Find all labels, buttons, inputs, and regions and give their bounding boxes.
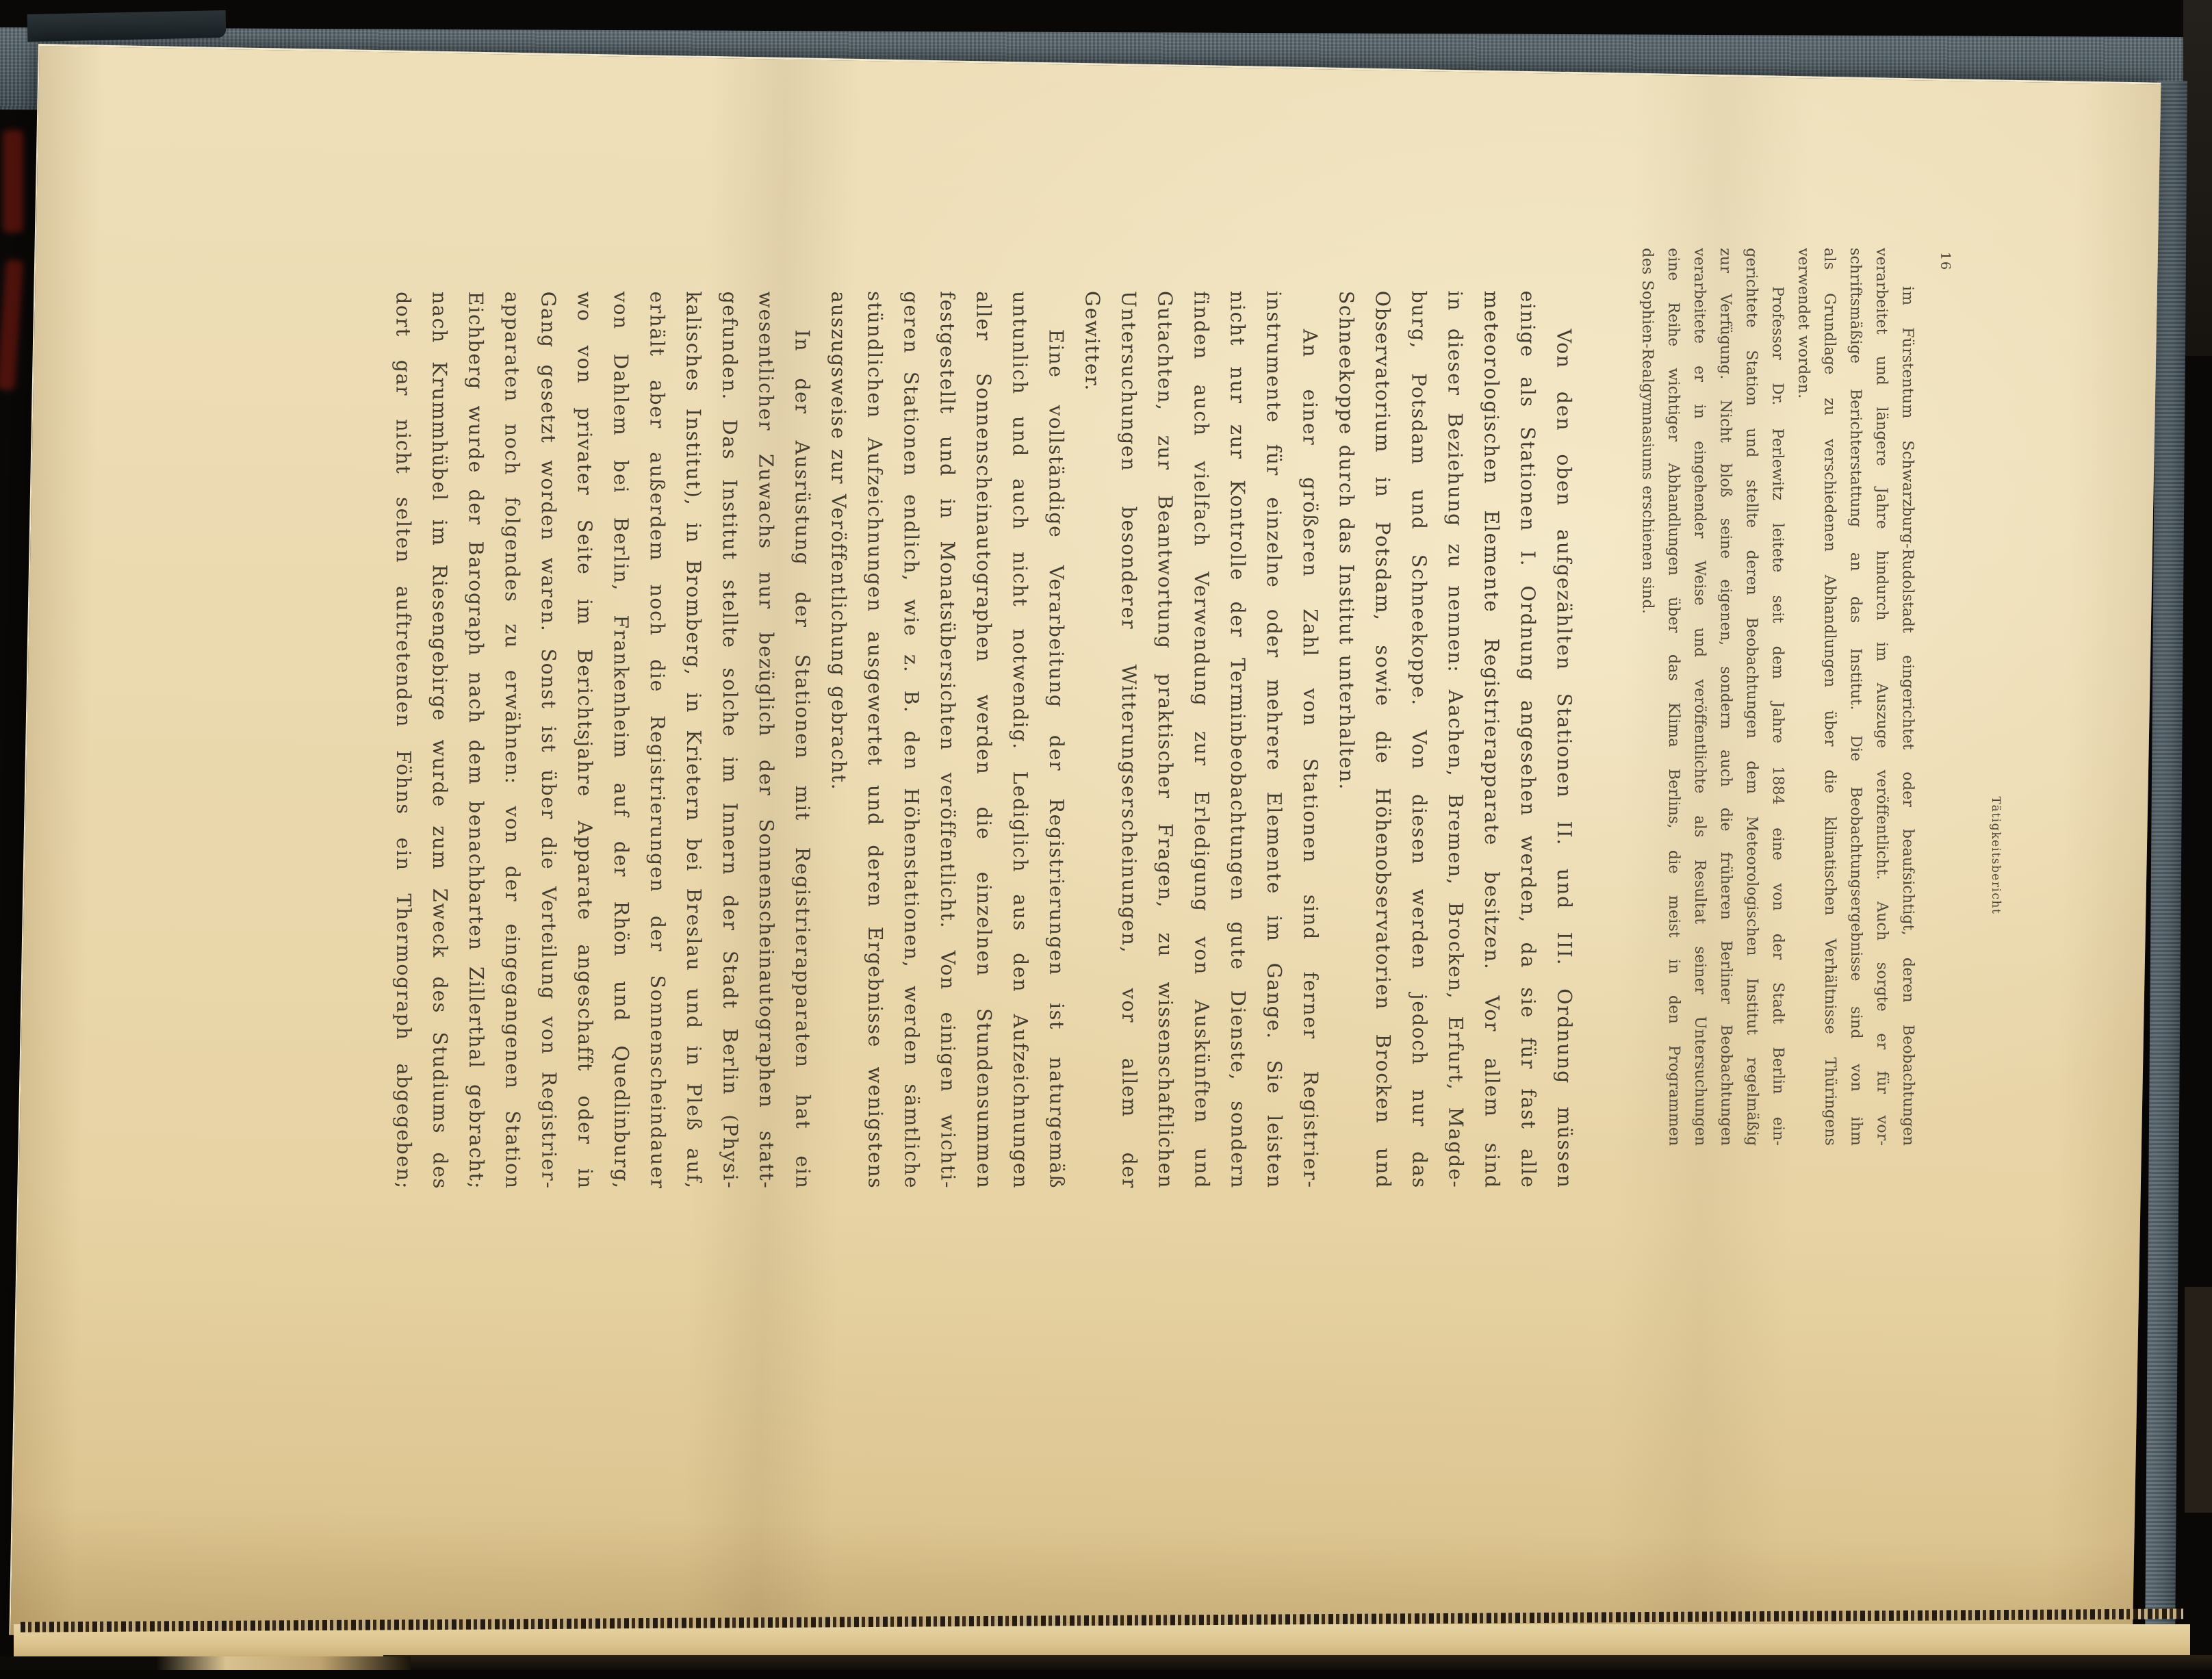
main-text-block: Von den oben aufgezählten Stationen II. … — [385, 290, 1582, 1190]
text-line: wo von privater Seite im Berichtsjahre A… — [566, 292, 603, 1190]
text-line: verarbeitet und längere Jahre hindurch i… — [1868, 248, 1894, 1146]
cover-shadow-right — [2183, 0, 2212, 356]
text-line: apparaten noch folgendes zu erwähnen: vo… — [493, 292, 530, 1190]
text-line: nach Krummhübel im Riesengebirge wurde z… — [421, 292, 458, 1190]
rotated-text-block: Tätigkeitsbericht 16 im Fürstentum Schwa… — [37, 96, 2157, 1624]
text-line: nicht nur zur Kontrolle der Terminbeobac… — [1219, 291, 1256, 1189]
book-page: Tätigkeitsbericht 16 im Fürstentum Schwa… — [9, 44, 2161, 1674]
text-line: zur Verfügung. Nicht bloß seine eigenen,… — [1712, 248, 1738, 1146]
text-line: meteorologischen Elemente Registrierappa… — [1473, 291, 1510, 1189]
text-line: burg, Potsdam und Schneekoppe. Von diese… — [1400, 291, 1437, 1189]
text-line: Gutachten, zur Beantwortung praktischer … — [1146, 291, 1183, 1189]
text-line: Eichberg wurde der Barograph nach dem be… — [457, 292, 494, 1190]
text-line: gerichtete Station und stellte deren Beo… — [1738, 248, 1764, 1146]
page-number: 16 — [1938, 252, 1953, 271]
cover-speckle-right — [2185, 1287, 2212, 1513]
text-line: im Fürstentum Schwarzburg-Rudolstadt ein… — [1894, 248, 1920, 1146]
background-bottom — [0, 1670, 2212, 1679]
text-line: Eine vollständige Verarbeitung der Regis… — [1038, 291, 1075, 1189]
leather-corner — [27, 10, 227, 42]
text-line: eine Reihe wichtiger Abhandlungen über d… — [1660, 248, 1686, 1146]
red-spine-mark — [3, 130, 23, 233]
text-line: aller Sonnenscheinautographen werden die… — [965, 291, 1002, 1189]
text-line: verarbeitete er in eingehender Weise und… — [1686, 248, 1712, 1146]
text-line: dort gar nicht selten auftretenden Föhns… — [385, 292, 422, 1190]
text-line: Schneekoppe durch das Institut unterhalt… — [1328, 291, 1365, 1189]
text-line: auszugsweise zur Veröffentlichung gebrac… — [820, 291, 857, 1189]
text-line: untunlich und auch nicht notwendig. Ledi… — [1001, 291, 1038, 1189]
text-line: Observatorium in Potsdam, sowie die Höhe… — [1364, 291, 1401, 1189]
text-line: erhält aber außerdem noch die Registrier… — [639, 292, 676, 1190]
text-line: In der Ausrüstung der Stationen mit Regi… — [784, 291, 821, 1189]
text-line: Von den oben aufgezählten Stationen II. … — [1545, 290, 1582, 1188]
text-line: gefunden. Das Institut stellte solche im… — [711, 291, 748, 1189]
text-line: einige als Stationen I. Ordnung angesehe… — [1509, 290, 1546, 1188]
running-head-title: Tätigkeitsbericht — [1989, 390, 2003, 1321]
text-line: An einer größeren Zahl von Stationen sin… — [1291, 291, 1328, 1189]
text-line: in dieser Beziehung zu nennen: Aachen, B… — [1437, 291, 1474, 1189]
text-line: Professor Dr. Perlewitz leitete seit dem… — [1764, 248, 1790, 1146]
text-line: festgestellt und in Monatsübersichten ve… — [929, 291, 966, 1189]
text-line: verwendet worden. — [1790, 248, 1816, 1146]
petit-text-block: im Fürstentum Schwarzburg-Rudolstadt ein… — [1634, 248, 1920, 1146]
text-line: finden auch vielfach Verwendung zur Erle… — [1183, 291, 1220, 1189]
text-line: des Sophien-Realgymnasiums erschienen si… — [1634, 248, 1660, 1146]
photo-of-open-book: Tätigkeitsbericht 16 im Fürstentum Schwa… — [0, 0, 2212, 1679]
text-line: geren Stationen endlich, wie z. B. den H… — [892, 291, 929, 1189]
text-line: von Dahlem bei Berlin, Frankenheim auf d… — [602, 292, 639, 1190]
text-line: als Grundlage zu verschiedenen Abhandlun… — [1816, 248, 1842, 1146]
text-line: wesentlicher Zuwachs nur bezüglich der S… — [747, 291, 784, 1189]
text-line: schriftsmäßige Berichterstattung an das … — [1842, 248, 1868, 1146]
text-line: kalisches Institut), in Bromberg, in Kri… — [675, 292, 712, 1190]
text-line: stündlichen Aufzeichnungen ausgewertet u… — [856, 291, 893, 1189]
text-line: Gang gesetzt worden waren. Sonst ist übe… — [530, 292, 567, 1190]
text-line: instrumente für einzelne oder mehrere El… — [1255, 291, 1292, 1189]
text-line: Untersuchungen besonderer Witterungsersc… — [1110, 291, 1147, 1189]
red-spine-mark — [0, 259, 24, 390]
text-line: Gewitter. — [1074, 291, 1111, 1189]
